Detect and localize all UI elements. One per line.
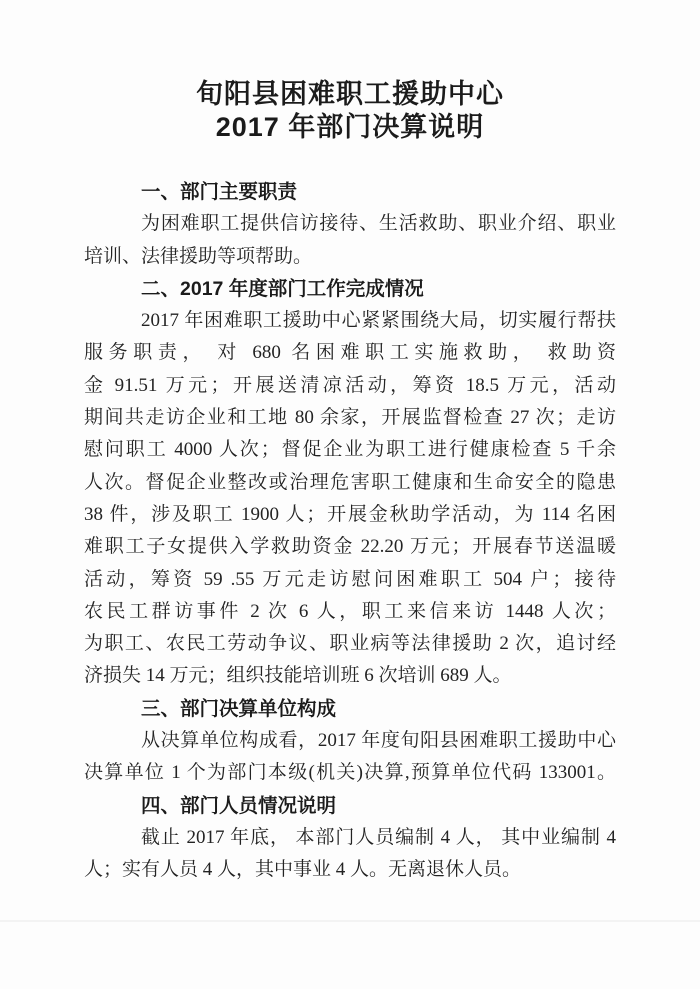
text-line: 从决算单位构成看，2017 年度旬阳县困难职工援助中心 [84, 725, 616, 757]
section-heading-1: 一、部门主要职责 [84, 176, 616, 208]
text-line: 人次。督促企业整改或治理危害职工健康和生命安全的隐患 [84, 467, 616, 499]
document-page: 旬阳县困难职工援助中心 2017 年部门决算说明 一、部门主要职责 为困难职工提… [0, 0, 700, 989]
text-line: 为职工、农民工劳动争议、职业病等法律援助 2 次，追讨经 [84, 628, 616, 660]
text-line: 活动，筹资 59 .55 万元走访慰问困难职工 504 户；接待 [84, 564, 616, 596]
text-line: 为困难职工提供信访接待、生活救助、职业介绍、职业 [84, 208, 616, 240]
text-line: 服务职责， 对 680 名困难职工实施救助， 救助资 [84, 337, 616, 369]
section-heading-3: 三、部门决算单位构成 [84, 693, 616, 725]
section-heading-2: 二、2017 年度部门工作完成情况 [84, 273, 616, 305]
document-title-line-2: 2017 年部门决算说明 [84, 111, 616, 144]
text-line: 截止 2017 年底， 本部门人员编制 4 人， 其中业编制 4 [84, 822, 616, 854]
text-line: 金 91.51 万元；开展送清凉活动，筹资 18.5 万元，活动 [84, 370, 616, 402]
section-heading-4: 四、部门人员情况说明 [84, 790, 616, 822]
text-line: 难职工子女提供入学救助资金 22.20 万元；开展春节送温暖 [84, 531, 616, 563]
text-line: 农民工群访事件 2 次 6 人，职工来信来访 1448 人次； [84, 596, 616, 628]
document-body: 一、部门主要职责 为困难职工提供信访接待、生活救助、职业介绍、职业 培训、法律援… [84, 176, 616, 887]
page-edge-divider [0, 920, 700, 922]
text-line: 济损失 14 万元；组织技能培训班 6 次培训 689 人。 [84, 660, 616, 692]
text-line: 期间共走访企业和工地 80 余家，开展监督检查 27 次；走访 [84, 402, 616, 434]
text-line: 2017 年困难职工援助中心紧紧围绕大局，切实履行帮扶 [84, 305, 616, 337]
text-line: 38 件，涉及职工 1900 人；开展金秋助学活动，为 114 名困 [84, 499, 616, 531]
text-line: 培训、法律援助等项帮助。 [84, 241, 616, 273]
text-line: 慰问职工 4000 人次；督促企业为职工进行健康检查 5 千余 [84, 434, 616, 466]
document-title: 旬阳县困难职工援助中心 2017 年部门决算说明 [84, 78, 616, 144]
text-line: 人；实有人员 4 人，其中事业 4 人。无离退休人员。 [84, 854, 616, 886]
document-title-line-1: 旬阳县困难职工援助中心 [84, 78, 616, 111]
text-line: 决算单位 1 个为部门本级(机关)决算,预算单位代码 133001。 [84, 757, 616, 789]
